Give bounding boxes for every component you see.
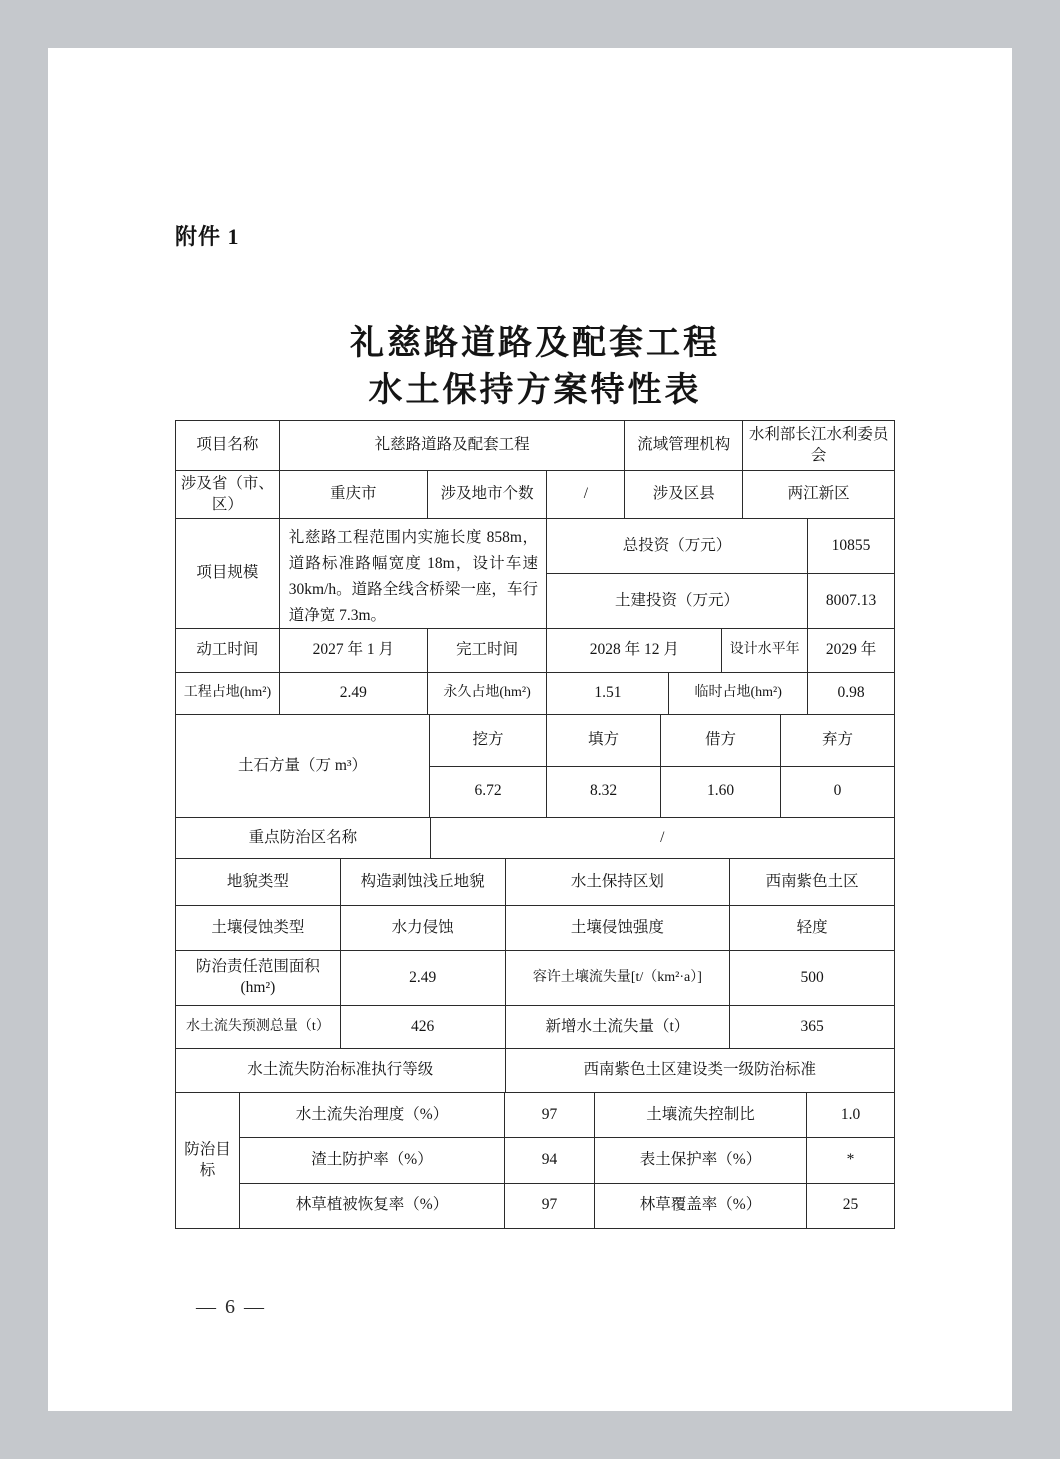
vegetation-recovery-value: 97: [505, 1184, 595, 1229]
erosion-type-label: 土壤侵蚀类型: [176, 906, 341, 951]
key-zone-label: 重点防治区名称: [176, 818, 431, 859]
total-investment-value: 10855: [808, 519, 895, 574]
earthwork-header-row: 挖方 填方 借方 弃方: [430, 715, 895, 767]
row-earthwork: 土石方量（万 m³） 挖方 填方 借方 弃方 6.72 8.32 1.60 0: [176, 715, 895, 818]
new-loss-value: 365: [730, 1006, 895, 1049]
vegetation-recovery-label: 林草植被恢复率（%）: [240, 1184, 505, 1229]
conservation-zoning-value: 西南紫色土区: [730, 859, 895, 906]
target-row: 渣土防护率（%） 94 表土保护率（%） *: [240, 1138, 895, 1183]
total-investment-label: 总投资（万元）: [547, 519, 808, 574]
row-key-zone: 重点防治区名称 /: [176, 818, 895, 859]
topsoil-protection-value: *: [807, 1138, 895, 1183]
new-loss-label: 新增水土流失量（t）: [506, 1006, 731, 1049]
earthwork-value-fill: 8.32: [547, 767, 661, 819]
row-province: 涉及省（市、区） 重庆市 涉及地市个数 / 涉及区县 两江新区: [176, 471, 895, 519]
county-value: 两江新区: [743, 471, 895, 519]
prevention-targets-label: 防治目标: [176, 1093, 240, 1229]
earthwork-value-borrow: 1.60: [661, 767, 781, 819]
basin-authority-label: 流域管理机构: [625, 421, 743, 471]
earthwork-col-spoil: 弃方: [781, 715, 895, 767]
target-row: 林草植被恢复率（%） 97 林草覆盖率（%） 25: [240, 1184, 895, 1229]
attachment-label: 附件 1: [175, 220, 240, 251]
spoil-protection-value: 94: [505, 1138, 595, 1183]
loss-control-ratio-label: 土壤流失控制比: [595, 1093, 807, 1138]
responsibility-area-value: 2.49: [341, 951, 506, 1006]
civil-investment-label: 土建投资（万元）: [547, 574, 808, 629]
page-number: — 6 —: [196, 1296, 266, 1319]
key-zone-value: /: [431, 818, 895, 859]
earthwork-col-borrow: 借方: [661, 715, 781, 767]
cities-count-label: 涉及地市个数: [428, 471, 548, 519]
document-page: 附件 1 礼慈路道路及配套工程 水土保持方案特性表 项目名称 礼慈路道路及配套工…: [48, 48, 1012, 1411]
row-responsibility-area: 防治责任范围面积(hm²) 2.49 容许土壤流失量[t/（km²·a）] 50…: [176, 951, 895, 1006]
prevention-targets-group: 水土流失治理度（%） 97 土壤流失控制比 1.0 渣土防护率（%） 94 表土…: [240, 1093, 895, 1229]
start-time-value: 2027 年 1 月: [280, 629, 428, 673]
rows-prevention-targets: 防治目标 水土流失治理度（%） 97 土壤流失控制比 1.0 渣土防护率（%） …: [176, 1093, 895, 1229]
project-land-value: 2.49: [280, 673, 428, 715]
row-project-scale: 项目规模 礼慈路工程范围内实施长度 858m，道路标准路幅宽度 18m，设计车速…: [176, 519, 895, 629]
county-label: 涉及区县: [625, 471, 743, 519]
earthwork-col-fill: 填方: [547, 715, 661, 767]
topsoil-protection-label: 表土保护率（%）: [595, 1138, 807, 1183]
earthwork-values-row: 6.72 8.32 1.60 0: [430, 767, 895, 819]
earthwork-label: 土石方量（万 m³）: [176, 715, 430, 818]
start-time-label: 动工时间: [176, 629, 280, 673]
allowable-loss-value: 500: [730, 951, 895, 1006]
end-time-label: 完工时间: [428, 629, 548, 673]
characteristics-table: 项目名称 礼慈路道路及配套工程 流域管理机构 水利部长江水利委员会 涉及省（市、…: [175, 420, 895, 1229]
loss-control-ratio-value: 1.0: [807, 1093, 895, 1138]
province-value: 重庆市: [280, 471, 428, 519]
civil-investment-value: 8007.13: [808, 574, 895, 629]
standard-grade-value: 西南紫色土区建设类一级防治标准: [506, 1049, 895, 1093]
treatment-degree-label: 水土流失治理度（%）: [240, 1093, 505, 1138]
erosion-intensity-value: 轻度: [730, 906, 895, 951]
earthwork-col-excavation: 挖方: [430, 715, 547, 767]
allowable-loss-label: 容许土壤流失量[t/（km²·a）]: [506, 951, 731, 1006]
permanent-land-value: 1.51: [547, 673, 669, 715]
landform-value: 构造剥蚀浅丘地貌: [341, 859, 506, 906]
project-name-value: 礼慈路道路及配套工程: [280, 421, 626, 471]
temporary-land-label: 临时占地(hm²): [669, 673, 808, 715]
erosion-intensity-label: 土壤侵蚀强度: [506, 906, 731, 951]
forecast-total-label: 水土流失预测总量（t）: [176, 1006, 341, 1049]
investment-group: 总投资（万元） 10855 土建投资（万元） 8007.13: [547, 519, 895, 629]
responsibility-area-label: 防治责任范围面积(hm²): [176, 951, 341, 1006]
project-scale-description: 礼慈路工程范围内实施长度 858m，道路标准路幅宽度 18m，设计车速 30km…: [280, 519, 547, 629]
vegetation-coverage-label: 林草覆盖率（%）: [595, 1184, 807, 1229]
standard-grade-label: 水土流失防治标准执行等级: [176, 1049, 506, 1093]
cities-count-value: /: [547, 471, 625, 519]
row-standard: 水土流失防治标准执行等级 西南紫色土区建设类一级防治标准: [176, 1049, 895, 1093]
earthwork-group: 挖方 填方 借方 弃方 6.72 8.32 1.60 0: [430, 715, 895, 818]
row-forecast: 水土流失预测总量（t） 426 新增水土流失量（t） 365: [176, 1006, 895, 1049]
document-title-line1: 礼慈路道路及配套工程: [175, 320, 895, 367]
end-time-value: 2028 年 12 月: [547, 629, 722, 673]
target-row: 水土流失治理度（%） 97 土壤流失控制比 1.0: [240, 1093, 895, 1138]
treatment-degree-value: 97: [505, 1093, 595, 1138]
earthwork-value-excavation: 6.72: [430, 767, 547, 819]
vegetation-coverage-value: 25: [807, 1184, 895, 1229]
province-label: 涉及省（市、区）: [176, 471, 280, 519]
design-year-value: 2029 年: [808, 629, 895, 673]
temporary-land-value: 0.98: [808, 673, 895, 715]
civil-investment-row: 土建投资（万元） 8007.13: [547, 574, 895, 629]
permanent-land-label: 永久占地(hm²): [428, 673, 548, 715]
project-land-label: 工程占地(hm²): [176, 673, 280, 715]
landform-label: 地貌类型: [176, 859, 341, 906]
project-name-label: 项目名称: [176, 421, 280, 471]
document-title-line2: 水土保持方案特性表: [175, 367, 895, 414]
erosion-type-value: 水力侵蚀: [341, 906, 506, 951]
row-landform: 地貌类型 构造剥蚀浅丘地貌 水土保持区划 西南紫色土区: [176, 859, 895, 906]
row-land-occupation: 工程占地(hm²) 2.49 永久占地(hm²) 1.51 临时占地(hm²) …: [176, 673, 895, 715]
row-schedule: 动工时间 2027 年 1 月 完工时间 2028 年 12 月 设计水平年 2…: [176, 629, 895, 673]
basin-authority-value: 水利部长江水利委员会: [743, 421, 895, 471]
earthwork-value-spoil: 0: [781, 767, 895, 819]
row-erosion: 土壤侵蚀类型 水力侵蚀 土壤侵蚀强度 轻度: [176, 906, 895, 951]
total-investment-row: 总投资（万元） 10855: [547, 519, 895, 574]
forecast-total-value: 426: [341, 1006, 506, 1049]
project-scale-label: 项目规模: [176, 519, 280, 629]
row-project-name: 项目名称 礼慈路道路及配套工程 流域管理机构 水利部长江水利委员会: [176, 421, 895, 471]
spoil-protection-label: 渣土防护率（%）: [240, 1138, 505, 1183]
design-year-label: 设计水平年: [722, 629, 808, 673]
conservation-zoning-label: 水土保持区划: [506, 859, 731, 906]
document-title: 礼慈路道路及配套工程 水土保持方案特性表: [175, 320, 895, 414]
